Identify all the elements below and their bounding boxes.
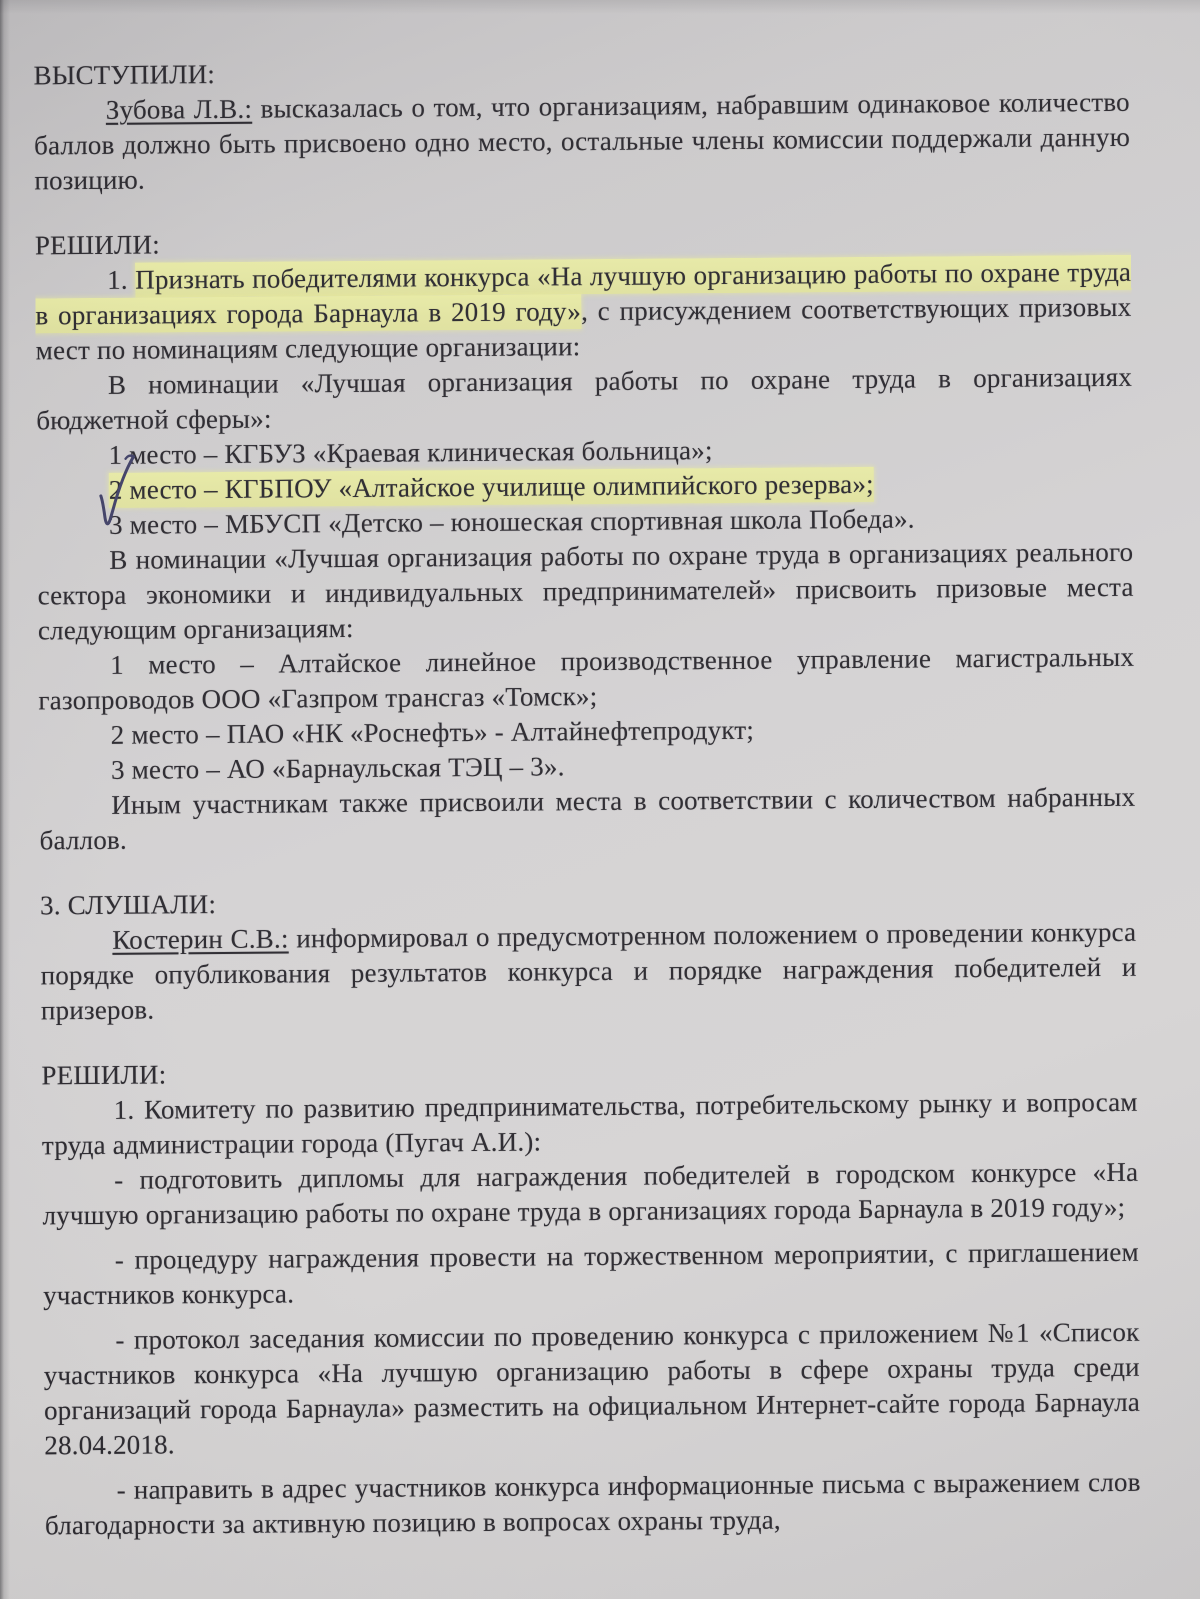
text-run: - подготовить дипломы для награждения по… [42,1157,1138,1231]
heading-text: РЕШИЛИ: [35,229,160,260]
text-run: В номинации «Лучшая организация работы п… [36,362,1132,436]
text-run: 1. Комитету по развитию предпринимательс… [42,1087,1138,1161]
paragraph: Иным участникам также присвоили места в … [39,780,1136,859]
document-page: ВЫСТУПИЛИ:Зубова Л.В.: высказалась о том… [0,0,1200,1599]
text-run: 1 место – КГБУЗ «Краевая клиническая бол… [108,435,712,470]
paragraph: - подготовить дипломы для награждения по… [42,1155,1139,1234]
paragraph: Зубова Л.В.: высказалась о том, что орга… [34,85,1131,199]
paragraph: В номинации «Лучшая организация работы п… [37,535,1134,649]
paragraph: - процедуру награждения провести на торж… [43,1235,1140,1314]
paragraph: 1. Комитету по развитию предпринимательс… [42,1085,1139,1164]
text-run: 2 место – ПАО «НК «Роснефть» - Алтайнефт… [111,715,755,750]
text-run: Иным участникам также присвоили места в … [39,782,1135,856]
speaker-name: Костерин С.В.: [112,923,288,954]
heading-text: 3. СЛУШАЛИ: [40,889,216,920]
paragraph: 1. Признать победителями конкурса «На лу… [35,255,1132,369]
heading-text: ВЫСТУПИЛИ: [33,59,215,90]
text-run: - процедуру награждения провести на торж… [43,1237,1139,1311]
speaker-name: Зубова Л.В.: [106,94,252,125]
text-run: - протокол заседания комиссии по проведе… [44,1317,1140,1461]
text-run: 1 место – Алтайское линейное производств… [38,642,1134,716]
paragraph: В номинации «Лучшая организация работы п… [36,360,1133,439]
paragraph: 1 место – Алтайское линейное производств… [38,640,1135,719]
text-run: В номинации «Лучшая организация работы п… [38,537,1134,646]
paragraph: - протокол заседания комиссии по проведе… [43,1315,1140,1464]
paragraph: Костерин С.В.: информировал о предусмотр… [40,915,1137,1029]
text-run: 3 место – МБУСП «Детско – юношеская спор… [109,504,915,540]
paragraph: - направить в адрес участников конкурса … [45,1465,1142,1544]
pen-checkmark-icon [97,452,144,538]
text-run: - направить в адрес участников конкурса … [45,1467,1141,1541]
heading-text: РЕШИЛИ: [41,1059,166,1090]
highlighted-text: 2 место – КГБПОУ «Алтайское училище олим… [109,467,874,508]
text-run: 3 место – АО «Барнаульская ТЭЦ – 3». [111,751,565,785]
text-run: 1. [107,265,135,295]
